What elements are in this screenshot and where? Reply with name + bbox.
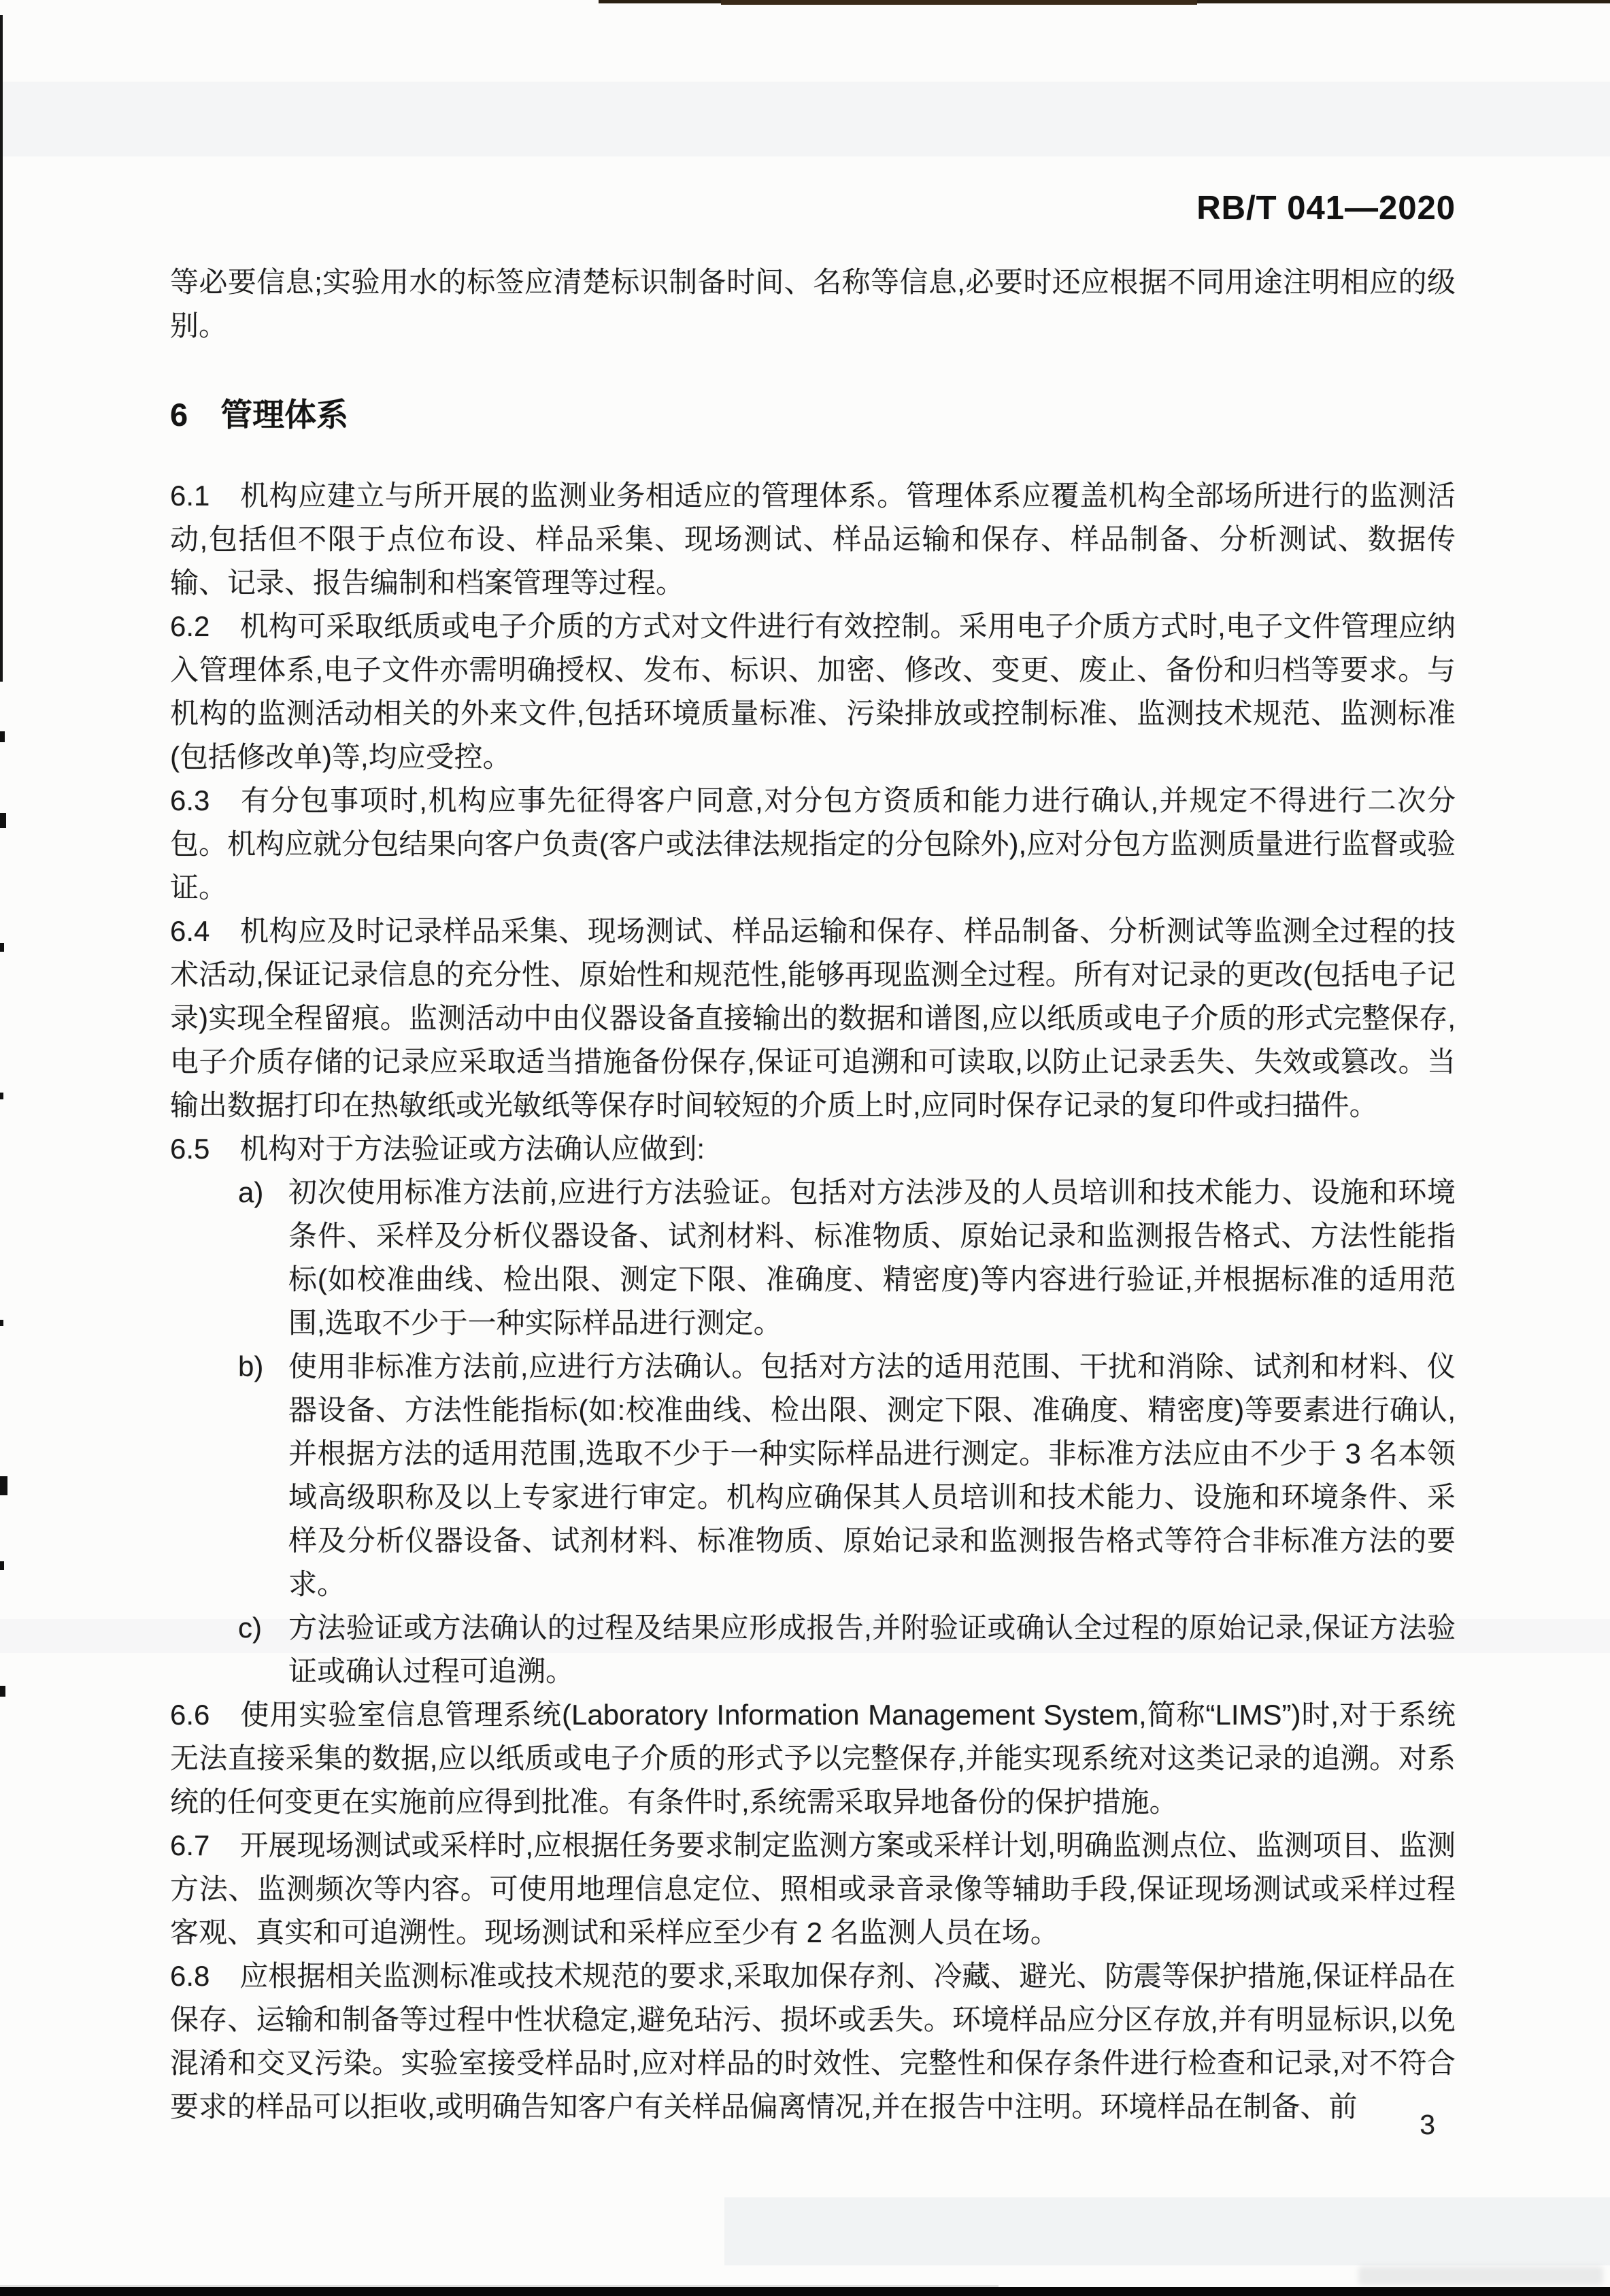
scan-streak [0,82,1610,156]
section-number: 6 [170,397,188,433]
document-body: 等必要信息;实验用水的标签应清楚标识制备时间、名称等信息,必要时还应根据不同用途… [170,261,1456,2129]
clause-6-1: 6.1机构应建立与所开展的监测业务相适应的管理体系。管理体系应覆盖机构全部场所进… [170,474,1456,605]
clause-text: 机构可采取纸质或电子介质的方式对文件进行有效控制。采用电子介质方式时,电子文件管… [170,610,1456,773]
scan-streak [724,2197,1610,2265]
page-number: 3 [170,2109,1435,2141]
list-item-c: c)方法验证或方法确认的过程及结果应形成报告,并附验证或确认全过程的原始记录,保… [170,1606,1456,1693]
scan-edge-artifact [721,0,1197,5]
scan-edge-artifact [0,15,3,682]
clause-text: 机构对于方法验证或方法确认应做到: [239,1133,705,1165]
scan-edge-artifact [0,813,6,828]
clause-number: 6.1 [170,480,209,512]
scan-edge-artifact [0,943,4,952]
scanned-document-page: { "document": { "standard_number": "RB/T… [0,0,1610,2296]
clause-6-2: 6.2机构可采取纸质或电子介质的方式对文件进行有效控制。采用电子介质方式时,电子… [170,605,1456,779]
clause-number: 6.2 [170,610,209,642]
standard-number-header: RB/T 041—2020 [170,189,1456,227]
clause-text: 开展现场测试或采样时,应根据任务要求制定监测方案或采样计划,明确监测点位、监测项… [170,1829,1456,1948]
scan-edge-artifact [0,2287,1610,2296]
list-item-label: c) [238,1606,288,1693]
section-heading: 6管理体系 [170,393,1456,437]
scan-edge-artifact [0,1093,3,1099]
scan-edge-artifact [0,1320,3,1326]
clause-6-8: 6.8应根据相关监测标准或技术规范的要求,采取加保存剂、冷藏、避光、防震等保护措… [170,1954,1456,2129]
scan-edge-artifact [0,1686,5,1697]
clause-6-3: 6.3有分包事项时,机构应事先征得客户同意,对分包方资质和能力进行确认,并规定不… [170,779,1456,910]
scan-edge-artifact [0,1561,4,1570]
clause-text: 机构应建立与所开展的监测业务相适应的管理体系。管理体系应覆盖机构全部场所进行的监… [170,480,1456,599]
scan-edge-artifact [0,731,5,742]
clause-text: 机构应及时记录样品采集、现场测试、样品运输和保存、样品制备、分析测试等监测全过程… [170,915,1456,1121]
list-item-label: b) [238,1345,288,1606]
list-item-a: a)初次使用标准方法前,应进行方法验证。包括对方法涉及的人员培训和技术能力、设施… [170,1171,1456,1345]
clause-6-4: 6.4机构应及时记录样品采集、现场测试、样品运输和保存、样品制备、分析测试等监测… [170,910,1456,1127]
continuation-paragraph: 等必要信息;实验用水的标签应清楚标识制备时间、名称等信息,必要时还应根据不同用途… [170,261,1456,348]
clause-number: 6.6 [170,1699,209,1731]
clause-number: 6.8 [170,1960,209,1992]
watermark-smudge [1358,2266,1603,2285]
clause-text: 应根据相关监测标准或技术规范的要求,采取加保存剂、冷藏、避光、防震等保护措施,保… [170,1960,1456,2123]
clause-number: 6.5 [170,1133,209,1165]
clause-number: 6.7 [170,1829,209,1861]
list-item-text: 使用非标准方法前,应进行方法确认。包括对方法的适用范围、干扰和消除、试剂和材料、… [288,1345,1456,1606]
clause-6-5: 6.5机构对于方法验证或方法确认应做到: [170,1127,1456,1171]
section-title: 管理体系 [220,397,348,433]
list-item-text: 初次使用标准方法前,应进行方法验证。包括对方法涉及的人员培训和技术能力、设施和环… [288,1171,1456,1345]
list-item-label: a) [238,1171,288,1345]
clause-text: 有分包事项时,机构应事先征得客户同意,对分包方资质和能力进行确认,并规定不得进行… [170,784,1456,903]
clause-text: 使用实验室信息管理系统(Laboratory Information Manag… [170,1699,1456,1818]
scan-edge-artifact [0,1476,7,1495]
clause-6-6: 6.6使用实验室信息管理系统(Laboratory Information Ma… [170,1693,1456,1824]
list-item-b: b)使用非标准方法前,应进行方法确认。包括对方法的适用范围、干扰和消除、试剂和材… [170,1345,1456,1606]
clause-number: 6.4 [170,915,209,947]
list-item-text: 方法验证或方法确认的过程及结果应形成报告,并附验证或确认全过程的原始记录,保证方… [288,1606,1456,1693]
clause-6-7: 6.7开展现场测试或采样时,应根据任务要求制定监测方案或采样计划,明确监测点位、… [170,1824,1456,1954]
clause-number: 6.3 [170,784,209,816]
